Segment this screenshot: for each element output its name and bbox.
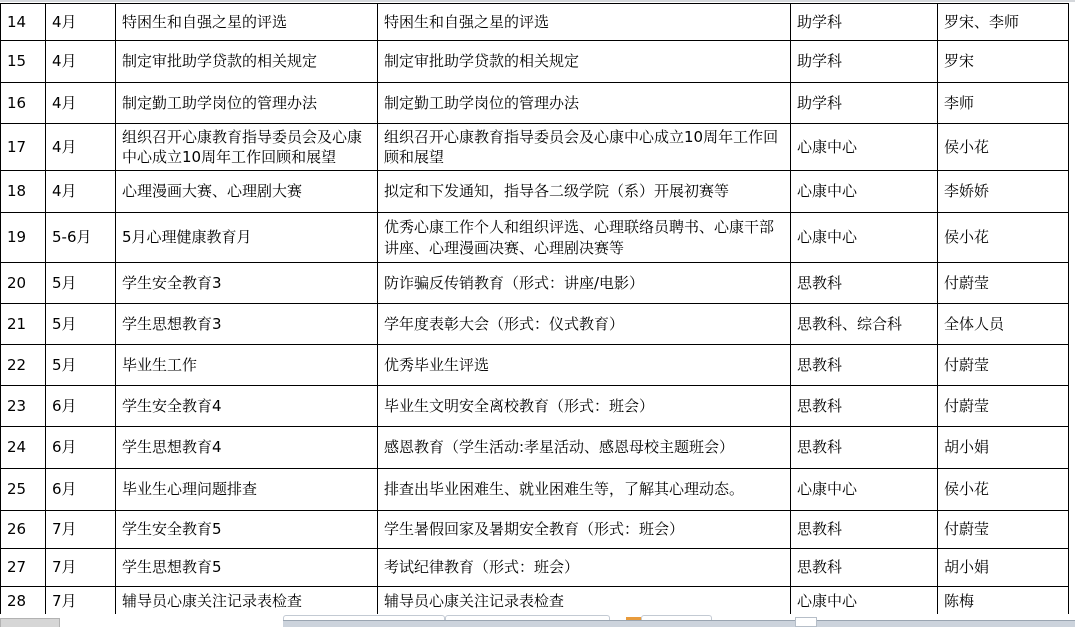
table-row: 195-6月5月心理健康教育月优秀心康工作个人和组织评选、心理联络员聘书、心康干… [1, 213, 1069, 263]
cell-person[interactable]: 付蔚莹 [938, 386, 1069, 427]
horizontal-scrollbar[interactable] [283, 620, 1075, 627]
cell-dept[interactable]: 思教科 [791, 263, 938, 304]
cell-person[interactable]: 侯小花 [938, 124, 1069, 171]
cell-desc[interactable]: 考试纪律教育（形式：班会） [378, 549, 791, 587]
cell-task[interactable]: 制定勤工助学岗位的管理办法 [116, 83, 378, 124]
table-row: 246月学生思想教育4感恩教育（学生活动:孝星活动、感恩母校主题班会）思教科胡小… [1, 427, 1069, 469]
work-schedule-table: 144月特困生和自强之星的评选特困生和自强之星的评选助学科罗宋、李师154月制定… [0, 3, 1069, 617]
cell-seq[interactable]: 14 [1, 4, 46, 41]
cell-desc[interactable]: 学年度表彰大会（形式：仪式教育） [378, 304, 791, 345]
cell-dept[interactable]: 心康中心 [791, 213, 938, 263]
cell-task[interactable]: 组织召开心康教育指导委员会及心康中心成立10周年工作回顾和展望 [116, 124, 378, 171]
cell-month[interactable]: 4月 [46, 124, 116, 171]
cell-task[interactable]: 学生思想教育4 [116, 427, 378, 469]
cell-person[interactable]: 全体人员 [938, 304, 1069, 345]
cell-task[interactable]: 辅导员心康关注记录表检查 [116, 587, 378, 617]
cell-seq[interactable]: 18 [1, 171, 46, 213]
scrollbar-handle[interactable] [795, 617, 817, 627]
table-row: 144月特困生和自强之星的评选特困生和自强之星的评选助学科罗宋、李师 [1, 4, 1069, 41]
cell-dept[interactable]: 思教科 [791, 345, 938, 386]
cell-month[interactable]: 6月 [46, 427, 116, 469]
table-row: 256月毕业生心理问题排查排查出毕业困难生、就业困难生等，了解其心理动态。心康中… [1, 469, 1069, 511]
cell-seq[interactable]: 26 [1, 511, 46, 549]
cell-month[interactable]: 4月 [46, 83, 116, 124]
tab-scroll-corner[interactable] [0, 618, 60, 627]
table-row: 164月制定勤工助学岗位的管理办法制定勤工助学岗位的管理办法助学科李师 [1, 83, 1069, 124]
cell-person[interactable]: 付蔚莹 [938, 511, 1069, 549]
cell-seq[interactable]: 28 [1, 587, 46, 617]
cell-dept[interactable]: 思教科、综合科 [791, 304, 938, 345]
cell-desc[interactable]: 毕业生文明安全离校教育（形式：班会） [378, 386, 791, 427]
cell-person[interactable]: 罗宋 [938, 41, 1069, 83]
cell-task[interactable]: 学生思想教育3 [116, 304, 378, 345]
cell-month[interactable]: 4月 [46, 171, 116, 213]
table-row: 236月学生安全教育4毕业生文明安全离校教育（形式：班会）思教科付蔚莹 [1, 386, 1069, 427]
cell-task[interactable]: 心理漫画大赛、心理剧大赛 [116, 171, 378, 213]
cell-task[interactable]: 毕业生工作 [116, 345, 378, 386]
cell-desc[interactable]: 优秀心康工作个人和组织评选、心理联络员聘书、心康干部讲座、心理漫画决赛、心理剧决… [378, 213, 791, 263]
cell-seq[interactable]: 25 [1, 469, 46, 511]
cell-person[interactable]: 付蔚莹 [938, 345, 1069, 386]
cell-task[interactable]: 学生安全教育5 [116, 511, 378, 549]
cell-month[interactable]: 5月 [46, 304, 116, 345]
cell-person[interactable]: 陈梅 [938, 587, 1069, 617]
cell-task[interactable]: 5月心理健康教育月 [116, 213, 378, 263]
cell-dept[interactable]: 思教科 [791, 427, 938, 469]
cell-desc[interactable]: 特困生和自强之星的评选 [378, 4, 791, 41]
cell-month[interactable]: 4月 [46, 41, 116, 83]
cell-seq[interactable]: 17 [1, 124, 46, 171]
cell-dept[interactable]: 心康中心 [791, 587, 938, 617]
cell-person[interactable]: 胡小娟 [938, 549, 1069, 587]
table-row: 225月毕业生工作优秀毕业生评选思教科付蔚莹 [1, 345, 1069, 386]
cell-person[interactable]: 胡小娟 [938, 427, 1069, 469]
table-row: 205月学生安全教育3防诈骗反传销教育（形式：讲座/电影）思教科付蔚莹 [1, 263, 1069, 304]
table-row: 215月学生思想教育3学年度表彰大会（形式：仪式教育）思教科、综合科全体人员 [1, 304, 1069, 345]
cell-desc[interactable]: 制定审批助学贷款的相关规定 [378, 41, 791, 83]
cell-seq[interactable]: 22 [1, 345, 46, 386]
cell-seq[interactable]: 15 [1, 41, 46, 83]
cell-dept[interactable]: 思教科 [791, 386, 938, 427]
cell-person[interactable]: 罗宋、李师 [938, 4, 1069, 41]
cell-task[interactable]: 学生安全教育3 [116, 263, 378, 304]
cell-task[interactable]: 学生思想教育5 [116, 549, 378, 587]
cell-task[interactable]: 特困生和自强之星的评选 [116, 4, 378, 41]
table-row: 184月心理漫画大赛、心理剧大赛拟定和下发通知，指导各二级学院（系）开展初赛等心… [1, 171, 1069, 213]
cell-month[interactable]: 5-6月 [46, 213, 116, 263]
cell-seq[interactable]: 27 [1, 549, 46, 587]
cell-person[interactable]: 李娇娇 [938, 171, 1069, 213]
cell-seq[interactable]: 21 [1, 304, 46, 345]
cell-person[interactable]: 侯小花 [938, 469, 1069, 511]
cell-dept[interactable]: 助学科 [791, 4, 938, 41]
cell-desc[interactable]: 学生暑假回家及暑期安全教育（形式：班会） [378, 511, 791, 549]
cell-seq[interactable]: 20 [1, 263, 46, 304]
cell-month[interactable]: 7月 [46, 587, 116, 617]
cell-dept[interactable]: 助学科 [791, 41, 938, 83]
cell-dept[interactable]: 心康中心 [791, 469, 938, 511]
cell-seq[interactable]: 23 [1, 386, 46, 427]
cell-seq[interactable]: 16 [1, 83, 46, 124]
cell-dept[interactable]: 思教科 [791, 549, 938, 587]
cell-month[interactable]: 5月 [46, 263, 116, 304]
cell-desc[interactable]: 拟定和下发通知，指导各二级学院（系）开展初赛等 [378, 171, 791, 213]
table-row: 174月组织召开心康教育指导委员会及心康中心成立10周年工作回顾和展望组织召开心… [1, 124, 1069, 171]
cell-desc[interactable]: 辅导员心康关注记录表检查 [378, 587, 791, 617]
cell-person[interactable]: 侯小花 [938, 213, 1069, 263]
cell-dept[interactable]: 助学科 [791, 83, 938, 124]
cell-task[interactable]: 学生安全教育4 [116, 386, 378, 427]
cell-month[interactable]: 5月 [46, 345, 116, 386]
cell-task[interactable]: 毕业生心理问题排查 [116, 469, 378, 511]
table-row: 277月学生思想教育5考试纪律教育（形式：班会）思教科胡小娟 [1, 549, 1069, 587]
table-row: 287月辅导员心康关注记录表检查辅导员心康关注记录表检查心康中心陈梅 [1, 587, 1069, 617]
cell-dept[interactable]: 心康中心 [791, 124, 938, 171]
cell-dept[interactable]: 心康中心 [791, 171, 938, 213]
cell-desc[interactable]: 防诈骗反传销教育（形式：讲座/电影） [378, 263, 791, 304]
cell-desc[interactable]: 组织召开心康教育指导委员会及心康中心成立10周年工作回顾和展望 [378, 124, 791, 171]
table-row: 267月学生安全教育5学生暑假回家及暑期安全教育（形式：班会）思教科付蔚莹 [1, 511, 1069, 549]
cell-month[interactable]: 6月 [46, 469, 116, 511]
cell-seq[interactable]: 19 [1, 213, 46, 263]
cell-month[interactable]: 7月 [46, 511, 116, 549]
cell-month[interactable]: 7月 [46, 549, 116, 587]
cell-dept[interactable]: 思教科 [791, 511, 938, 549]
cell-person[interactable]: 付蔚莹 [938, 263, 1069, 304]
cell-desc[interactable]: 优秀毕业生评选 [378, 345, 791, 386]
cell-desc[interactable]: 制定勤工助学岗位的管理办法 [378, 83, 791, 124]
table-row: 154月制定审批助学贷款的相关规定制定审批助学贷款的相关规定助学科罗宋 [1, 41, 1069, 83]
cell-person[interactable]: 李师 [938, 83, 1069, 124]
cell-desc[interactable]: 感恩教育（学生活动:孝星活动、感恩母校主题班会） [378, 427, 791, 469]
cell-desc[interactable]: 排查出毕业困难生、就业困难生等，了解其心理动态。 [378, 469, 791, 511]
clipped-row-edge [0, 0, 1075, 2]
cell-seq[interactable]: 24 [1, 427, 46, 469]
spreadsheet-viewport: 144月特困生和自强之星的评选特困生和自强之星的评选助学科罗宋、李师154月制定… [0, 0, 1075, 627]
cell-task[interactable]: 制定审批助学贷款的相关规定 [116, 41, 378, 83]
cell-month[interactable]: 4月 [46, 4, 116, 41]
cell-month[interactable]: 6月 [46, 386, 116, 427]
